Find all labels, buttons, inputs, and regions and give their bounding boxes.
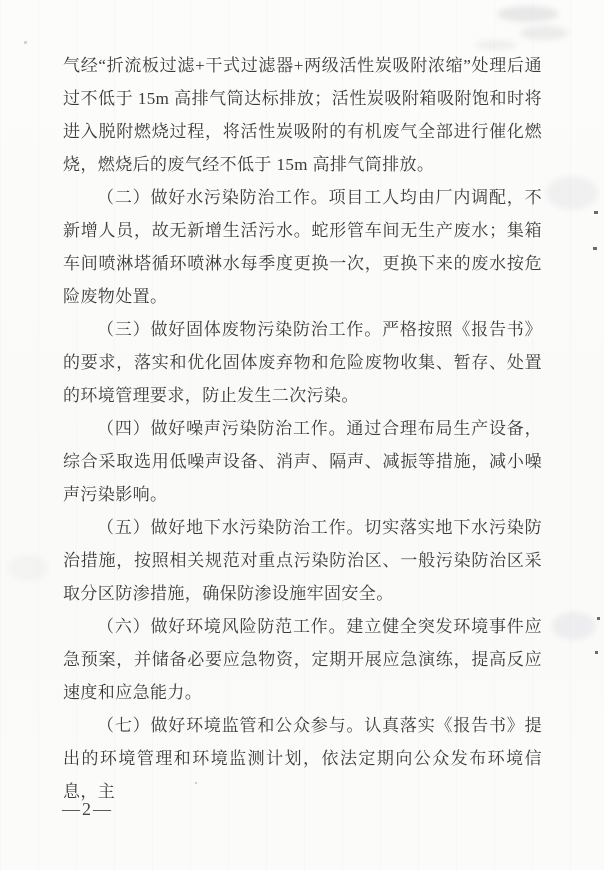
scan-ghost-smudge — [497, 6, 559, 22]
document-text-block: 气经“折流板过滤+干式过滤器+两级活性炭吸附浓缩”处理后通过不低于 15m 高排… — [63, 49, 542, 808]
scan-speck — [593, 247, 597, 250]
paragraph-groundwater: （五）做好地下水污染防治工作。切实落实地下水污染防治措施，按照相关规范对重点污染… — [63, 511, 542, 610]
paragraph-supervision-public: （七）做好环境监管和公众参与。认真落实《报告书》提出的环境管理和环境监测计划，依… — [63, 709, 542, 808]
page-number: —2— — [62, 799, 113, 820]
scan-ghost-smudge — [552, 612, 596, 640]
scan-speck — [597, 617, 600, 620]
scan-ghost-smudge — [520, 26, 568, 40]
scan-speck — [24, 41, 27, 44]
scan-speck — [595, 651, 598, 654]
paragraph-environmental-risk: （六）做好环境风险防范工作。建立健全突发环境事件应急预案，并储备必要应急物资，定… — [63, 610, 542, 709]
scan-speck — [594, 211, 598, 214]
paragraph-waste-gas-continuation: 气经“折流板过滤+干式过滤器+两级活性炭吸附浓缩”处理后通过不低于 15m 高排… — [63, 49, 542, 181]
paragraph-water-pollution: （二）做好水污染防治工作。项目工人均由厂内调配，不新增人员，故无新增生活污水。蛇… — [63, 181, 542, 313]
paragraph-solid-waste: （三）做好固体废物污染防治工作。严格按照《报告书》的要求，落实和优化固体废弃物和… — [63, 313, 542, 412]
scan-ghost-smudge — [546, 176, 598, 210]
scan-ghost-smudge — [8, 555, 48, 581]
scanned-document-page: { "document": { "paragraphs": [ { "inden… — [0, 0, 604, 870]
paragraph-noise-pollution: （四）做好噪声污染防治工作。通过合理布局生产设备，综合采取选用低噪声设备、消声、… — [63, 412, 542, 511]
